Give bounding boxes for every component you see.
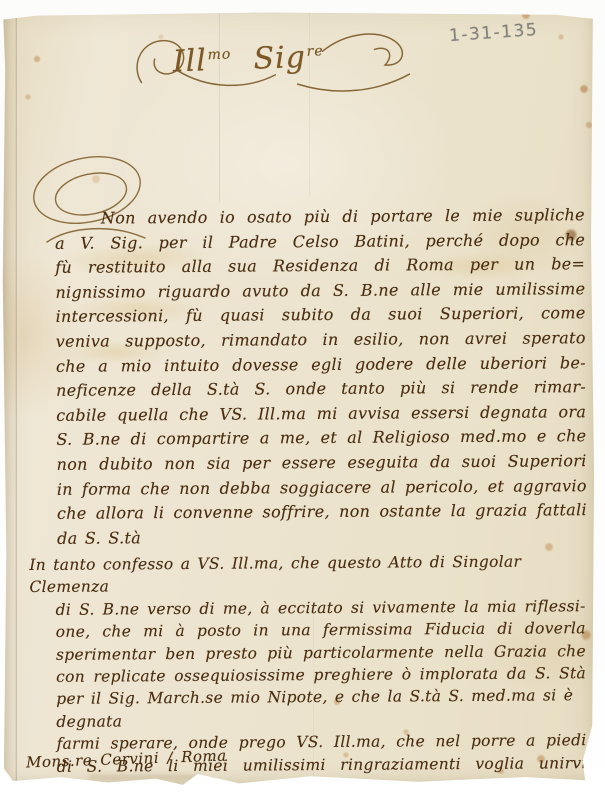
salutation-word: Sig: [253, 40, 307, 77]
manuscript-line: che a mio intuito dovesse egli godere de…: [56, 351, 586, 379]
letter-paragraph-1: Non avendo io osato più di portare le mi…: [55, 203, 587, 551]
salutation-superscript: mo: [207, 46, 231, 63]
manuscript-line: nignissimo riguardo avuto da S. B.ne all…: [55, 277, 585, 305]
manuscript-line: da S. S.tà: [57, 523, 587, 551]
manuscript-line: a V. Sig. per il Padre Celso Batini, per…: [55, 228, 585, 256]
manuscript-line: veniva supposto, rimandato in esilio, no…: [56, 326, 586, 354]
salutation: IllmoSigre: [126, 18, 419, 114]
scan-background: 1-31-135 IllmoSigre Non avendo io osato …: [0, 0, 605, 800]
manuscript-line: che allora li convenne soffrire, non ost…: [57, 498, 587, 526]
fold-crease-left: [15, 7, 19, 788]
letter-paragraph-2: In tanto confesso a VS. Ill.ma, che ques…: [55, 550, 587, 778]
manuscript-line: neficenze della S.tà S. onde tanto più s…: [56, 375, 586, 403]
manuscript-line: Non avendo io osato più di portare le mi…: [55, 203, 585, 231]
salutation-superscript: re: [306, 43, 324, 60]
manuscript-line: in forma che non debba soggiacere al per…: [57, 474, 587, 502]
manuscript-line: non dubito non sia per essere eseguita d…: [57, 449, 587, 477]
manuscript-line: In tanto confesso a VS. Ill.ma, che ques…: [29, 550, 585, 599]
salutation-word: Ill: [172, 43, 207, 79]
salutation-gap: [232, 69, 254, 70]
manuscript-line: per il Sig. March.se mio Nipote, e che l…: [56, 685, 586, 734]
catalog-number: 1-31-135: [448, 20, 538, 46]
manuscript-line: fù restituito alla sua Residenza di Roma…: [55, 252, 585, 280]
salutation-text: IllmoSigre: [172, 39, 324, 79]
manuscript-line: S. B.ne di compartire a me, et al Religi…: [56, 424, 586, 452]
manuscript-line: intercessioni, fù quasi subito da suoi S…: [55, 302, 585, 330]
manuscript-line: one, che mi à posto in una fermissima Fi…: [56, 617, 586, 643]
letter-paper: 1-31-135 IllmoSigre Non avendo io osato …: [1, 7, 597, 788]
manuscript-line: cabile quella che VS. Ill.ma mi avvisa e…: [56, 400, 586, 428]
